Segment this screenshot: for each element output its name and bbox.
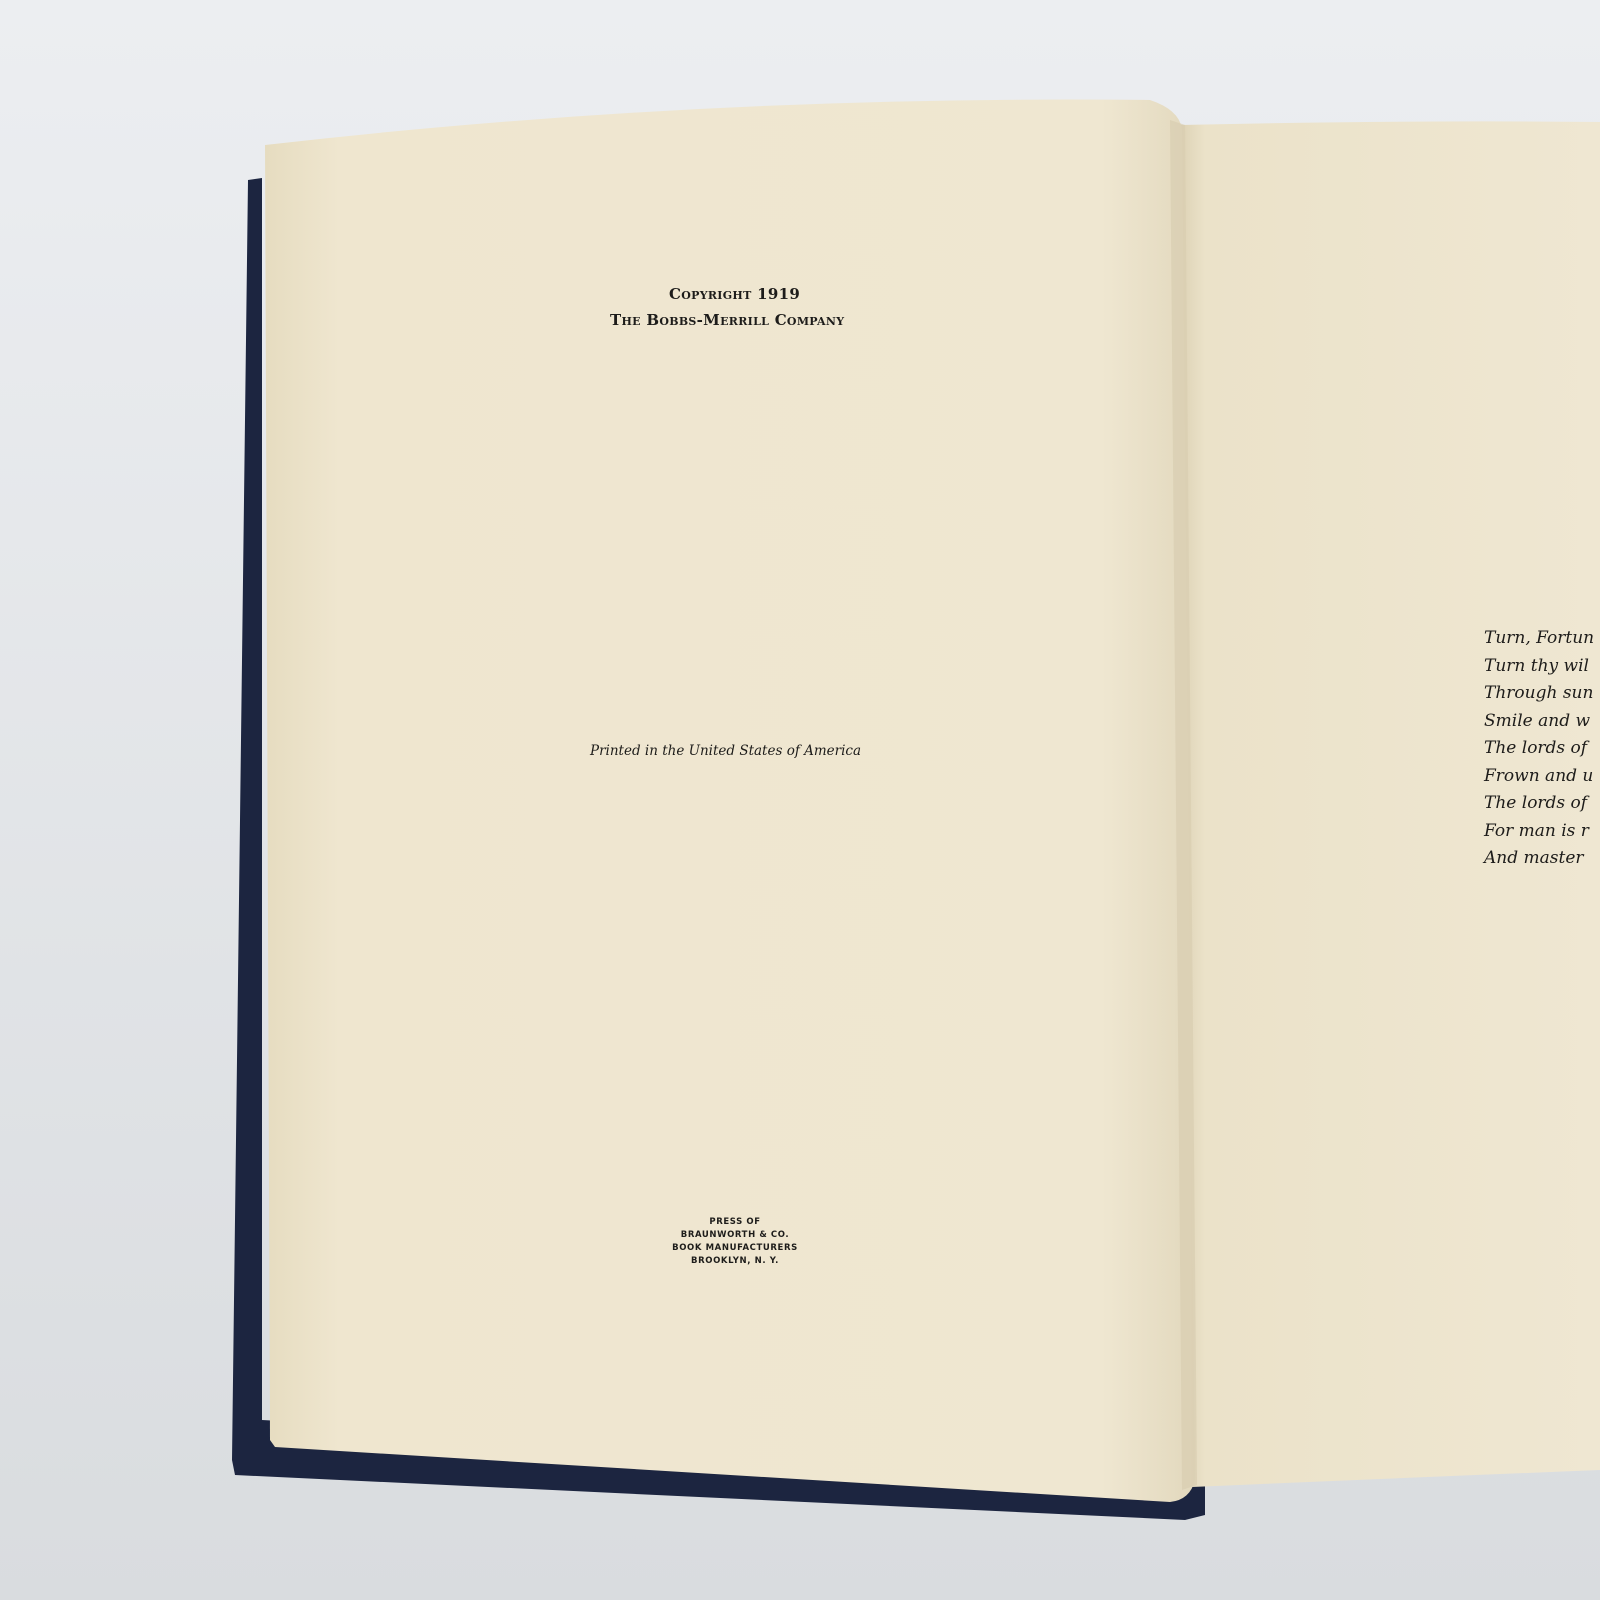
- poem-line: Turn, Fortun: [1484, 625, 1594, 653]
- poem-line: Through sun: [1484, 680, 1594, 708]
- press-line-2: BRAUNWORTH & CO.: [640, 1229, 830, 1242]
- poem-line: For man is r: [1484, 818, 1594, 846]
- poem-line: The lords of: [1484, 735, 1594, 763]
- publisher-line: The Bobbs-Merrill Company: [610, 311, 844, 329]
- left-page: [265, 100, 1195, 1502]
- book-shapes: [0, 0, 1600, 1600]
- copyright-line: Copyright 1919: [669, 285, 800, 303]
- press-imprint: PRESS OF BRAUNWORTH & CO. BOOK MANUFACTU…: [640, 1216, 830, 1268]
- poem-line: Smile and w: [1484, 708, 1594, 736]
- press-line-3: BOOK MANUFACTURERS: [640, 1242, 830, 1255]
- press-line-4: BROOKLYN, N. Y.: [640, 1255, 830, 1268]
- poem-line: Frown and u: [1484, 763, 1594, 791]
- book-photo: Copyright 1919 The Bobbs-Merrill Company…: [0, 0, 1600, 1600]
- poem-line: The lords of: [1484, 790, 1594, 818]
- poem-line: And master: [1484, 845, 1594, 873]
- press-line-1: PRESS OF: [640, 1216, 830, 1229]
- poem-line: Turn thy wil: [1484, 653, 1594, 681]
- printed-line: Printed in the United States of America: [590, 743, 861, 759]
- poem-excerpt: Turn, Fortun Turn thy wil Through sun Sm…: [1484, 625, 1594, 873]
